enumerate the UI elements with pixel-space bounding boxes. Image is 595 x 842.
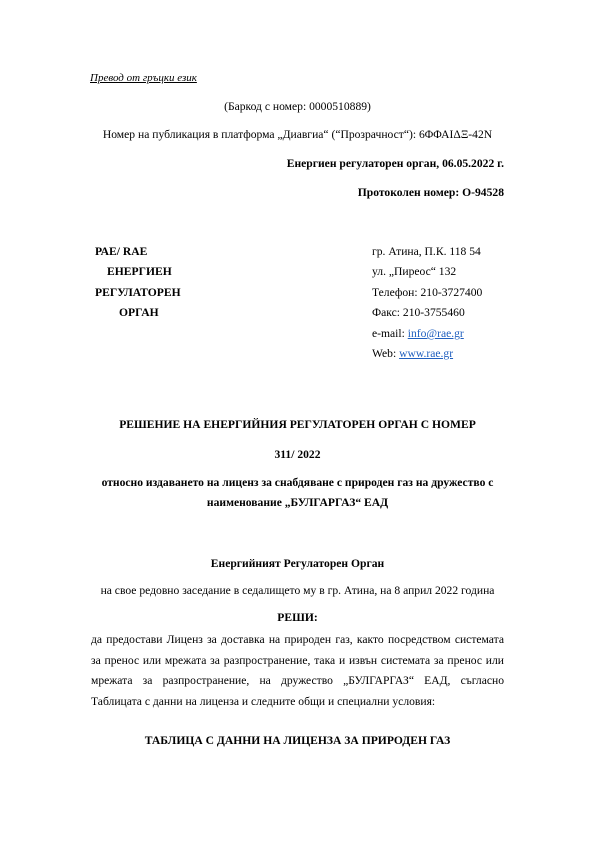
web-link[interactable]: www.rae.gr (399, 347, 453, 360)
publication-number: Номер на публикация в платформа „Диавгиа… (0, 128, 595, 141)
paragraph-line: да предостави Лиценз за доставка на прир… (91, 630, 504, 651)
session-line: на свое редовно заседание в седалището м… (0, 584, 595, 597)
barcode-line: (Баркод с номер: 0000510889) (0, 100, 595, 113)
authority-date: Енергиен регулаторен орган, 06.05.2022 г… (287, 157, 504, 170)
table-title: ТАБЛИЦА С ДАННИ НА ЛИЦЕНЗА ЗА ПРИРОДЕН Г… (0, 734, 595, 747)
contact-street: ул. „Пиреос“ 132 (372, 265, 456, 278)
org-line: ЕНЕРГИЕН (107, 265, 172, 278)
paragraph-line: мрежата за разпространение, на дружество… (91, 671, 504, 692)
org-line: РАЕ/ RAE (95, 245, 147, 258)
decides-heading: РЕШИ: (0, 611, 595, 624)
decision-title: РЕШЕНИЕ НА ЕНЕРГИЙНИЯ РЕГУЛАТОРЕН ОРГАН … (0, 418, 595, 431)
authority-name: Енергийният Регулаторен Орган (0, 557, 595, 570)
decision-number: 311/ 2022 (0, 448, 595, 461)
decision-paragraph: да предостави Лиценз за доставка на прир… (91, 630, 504, 712)
decision-subject-line1: относно издаването на лиценз за снабдява… (0, 476, 595, 489)
contact-address: гр. Атина, П.К. 118 54 (372, 245, 481, 258)
contact-web-row: Web: www.rae.gr (372, 347, 453, 360)
paragraph-line: за пренос или мрежата за разпространение… (91, 651, 504, 672)
email-label: e-mail: (372, 327, 408, 340)
protocol-number: Протоколен номер: О-94528 (358, 186, 504, 199)
translation-note: Превод от гръцки език (90, 72, 197, 84)
org-line: РЕГУЛАТОРЕН (95, 286, 181, 299)
paragraph-line: Таблицата с данни на лиценза и следните … (91, 692, 504, 713)
email-link[interactable]: info@rae.gr (408, 327, 464, 340)
contact-phone: Телефон: 210-3727400 (372, 286, 482, 299)
contact-fax: Факс: 210-3755460 (372, 306, 465, 319)
org-line: ОРГАН (119, 306, 159, 319)
web-label: Web: (372, 347, 399, 360)
decision-subject-line2: наименование „БУЛГАРГАЗ“ ЕАД (0, 496, 595, 509)
contact-email-row: e-mail: info@rae.gr (372, 327, 464, 340)
